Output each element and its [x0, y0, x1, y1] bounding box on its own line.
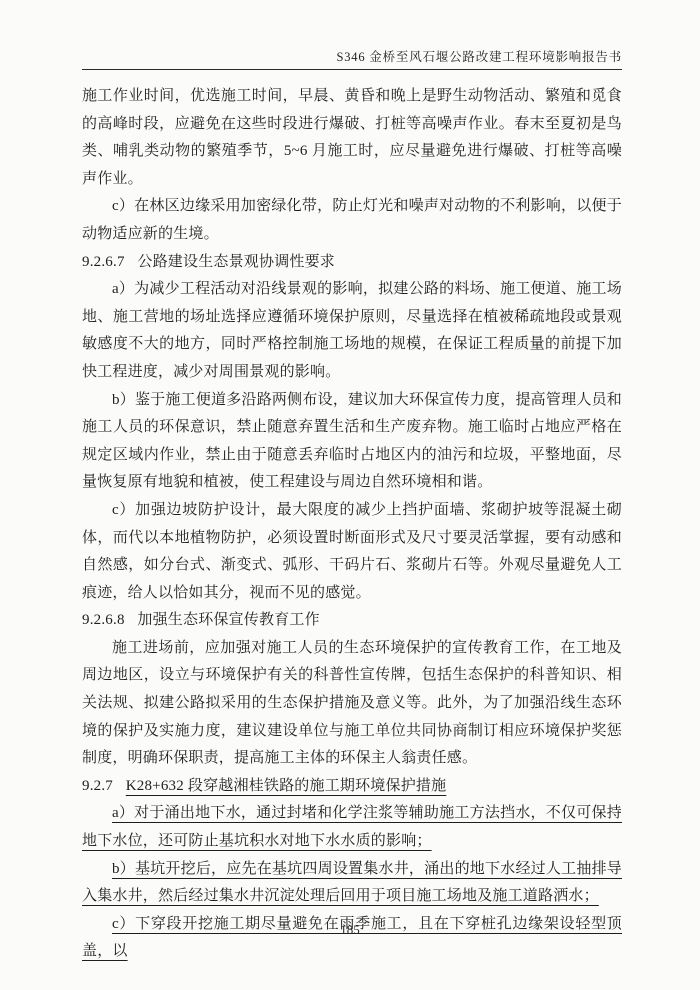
section-title: 公路建设生态景观协调性要求	[137, 254, 335, 270]
section-heading-9-2-7: 9.2.7K28+632 段穿越湘桂铁路的施工期环境保护措施	[82, 773, 622, 801]
section-title: 加强生态环保宣传教育工作	[137, 612, 319, 628]
paragraph-9268-education: 施工进场前，应加强对施工人员的生态环境保护的宣传教育工作，在工地及周边地区，设立…	[82, 635, 622, 773]
paragraph-927-item-b-underlined: b）基坑开挖后，应先在基坑四周设置集水井，涌出的地下水经过人工抽排导入集水井，然…	[82, 856, 622, 911]
document-body: 施工作业时间，优选施工时间，早晨、黄昏和晚上是野生动物活动、繁殖和觅食的高峰时段…	[82, 83, 622, 966]
document-page: S346 金桥至风石堰公路改建工程环境影响报告书 施工作业时间，优选施工时间，早…	[0, 0, 700, 990]
paragraph-construction-time-continuation: 施工作业时间，优选施工时间，早晨、黄昏和晚上是野生动物活动、繁殖和觅食的高峰时段…	[82, 83, 622, 193]
section-number: 9.2.6.7	[82, 254, 125, 270]
page-footer: 185	[0, 922, 700, 938]
paragraph-927-item-a-underlined: a）对于涌出地下水，通过封堵和化学注浆等辅助施工方法挡水，不仅可保持地下水位，还…	[82, 800, 622, 855]
paragraph-927-item-c-underlined: c）下穿段开挖施工期尽量避免在雨季施工，且在下穿桩孔边缘架设轻型顶盖，以	[82, 911, 622, 966]
header-rule	[82, 69, 622, 70]
paragraph-forest-edge-greenbelt: c）在林区边缘采用加密绿化带，防止灯光和噪声对动物的不利影响，以便于动物适应新的…	[82, 193, 622, 248]
paragraph-9267-item-a: a）为减少工程活动对沿线景观的影响，拟建公路的料场、施工便道、施工场地、施工营地…	[82, 276, 622, 386]
paragraph-9267-item-b: b）鉴于施工便道多沿路两侧布设，建议加大环保宣传力度，提高管理人员和施工人员的环…	[82, 387, 622, 497]
page-header: S346 金桥至风石堰公路改建工程环境影响报告书	[82, 49, 622, 70]
section-heading-9-2-6-7: 9.2.6.7公路建设生态景观协调性要求	[82, 249, 622, 277]
section-heading-9-2-6-8: 9.2.6.8加强生态环保宣传教育工作	[82, 607, 622, 635]
section-number: 9.2.6.8	[82, 612, 125, 628]
page-number: 185	[340, 922, 360, 937]
paragraph-9267-item-c: c）加强边坡防护设计，最大限度的减少上挡护面墙、浆砌护坡等混凝土砌体，而代以本地…	[82, 497, 622, 607]
report-title: S346 金桥至风石堰公路改建工程环境影响报告书	[82, 49, 622, 65]
section-title-underlined: K28+632 段穿越湘桂铁路的施工期环境保护措施	[126, 778, 447, 794]
section-number: 9.2.7	[82, 778, 113, 794]
